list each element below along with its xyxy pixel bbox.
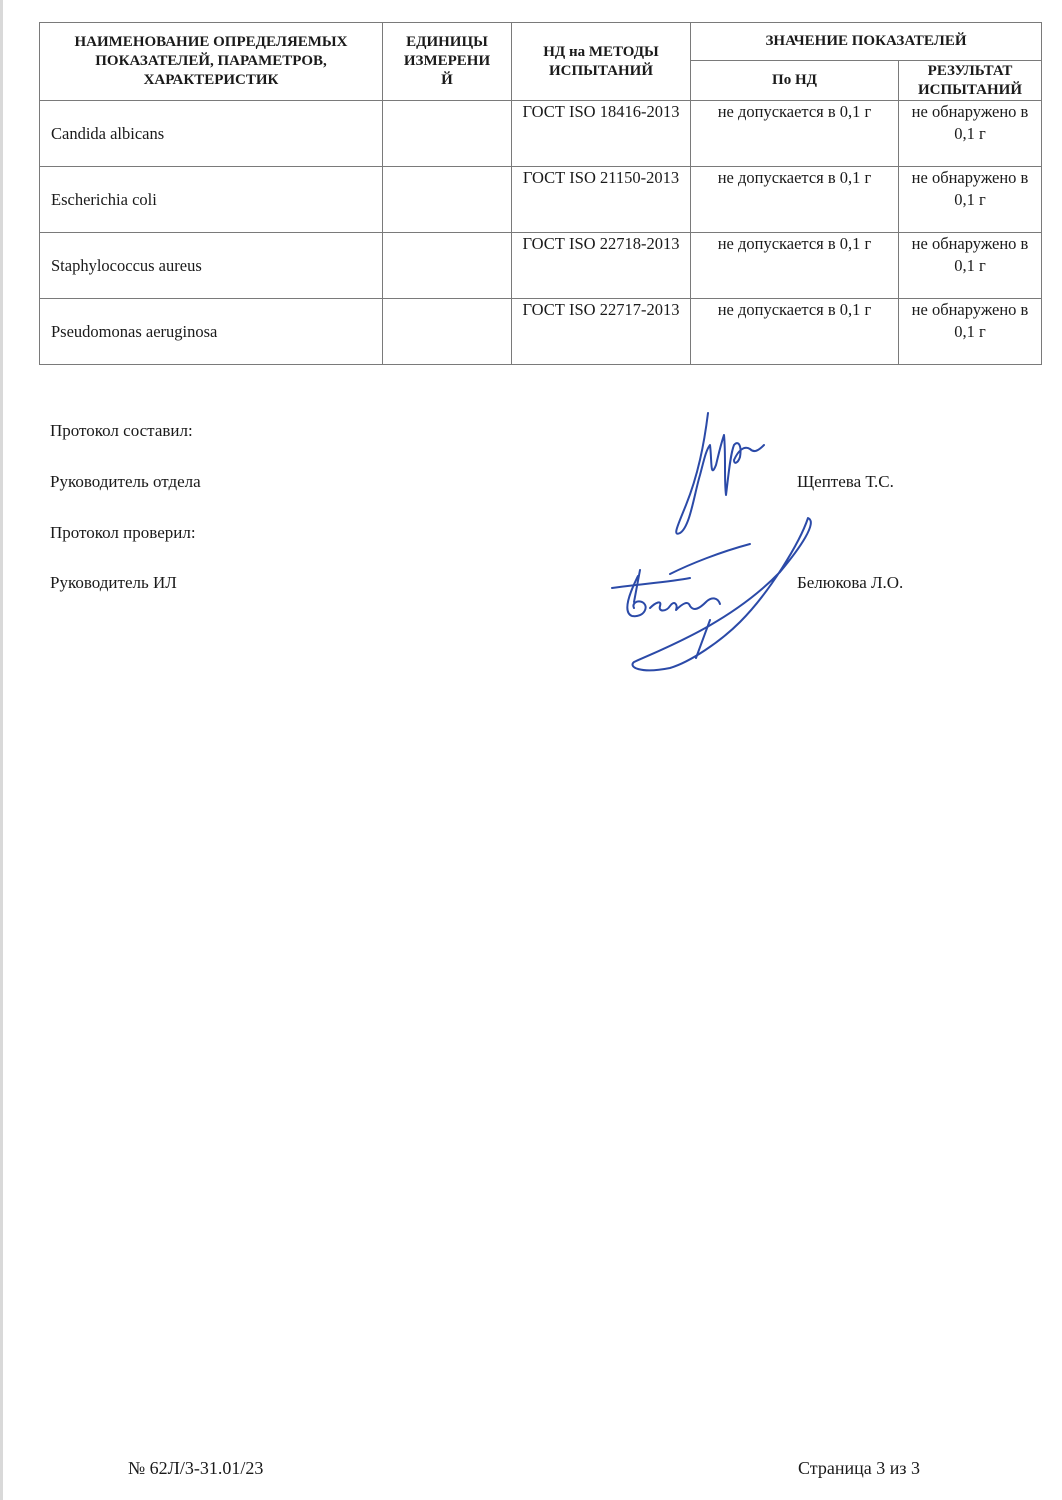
norm-cell: не допускается в 0,1 г: [691, 101, 899, 167]
method-cell: ГОСТ ISO 22717-2013: [512, 299, 691, 365]
compiled-role: Руководитель отдела: [50, 472, 201, 492]
results-table: НАИМЕНОВАНИЕ ОПРЕДЕЛЯЕМЫХ ПОКАЗАТЕЛЕЙ, П…: [39, 22, 1042, 365]
indicator-name: Candida albicans: [40, 101, 383, 167]
result-cell: не обнаружено в 0,1 г: [899, 233, 1042, 299]
result-cell: не обнаружено в 0,1 г: [899, 101, 1042, 167]
norm-cell: не допускается в 0,1 г: [691, 233, 899, 299]
result-cell: не обнаружено в 0,1 г: [899, 299, 1042, 365]
norm-cell: не допускается в 0,1 г: [691, 167, 899, 233]
header-norm: По НД: [691, 61, 899, 101]
table-row: Escherichia coliГОСТ ISO 21150-2013не до…: [40, 167, 1042, 233]
page-counter: Страница 3 из 3: [798, 1457, 920, 1479]
method-cell: ГОСТ ISO 18416-2013: [512, 101, 691, 167]
page-edge: [0, 0, 3, 1500]
header-result: РЕЗУЛЬТАТ ИСПЫТАНИЙ: [899, 61, 1042, 101]
norm-cell: не допускается в 0,1 г: [691, 299, 899, 365]
table-row: Staphylococcus aureusГОСТ ISO 22718-2013…: [40, 233, 1042, 299]
method-cell: ГОСТ ISO 21150-2013: [512, 167, 691, 233]
compiled-label: Протокол составил:: [50, 421, 193, 441]
checked-label: Протокол проверил:: [50, 523, 196, 543]
table-row: Candida albicansГОСТ ISO 18416-2013не до…: [40, 101, 1042, 167]
units-cell: [383, 233, 512, 299]
units-cell: [383, 101, 512, 167]
header-units: ЕДИНИЦЫ ИЗМЕРЕНИ Й: [383, 23, 512, 101]
table-row: Pseudomonas aeruginosaГОСТ ISO 22717-201…: [40, 299, 1042, 365]
compiled-name: Щептева Т.С.: [797, 472, 894, 492]
units-cell: [383, 299, 512, 365]
signature-checked: [610, 512, 825, 672]
header-method: НД на МЕТОДЫ ИСПЫТАНИЙ: [512, 23, 691, 101]
units-cell: [383, 167, 512, 233]
indicator-name: Staphylococcus aureus: [40, 233, 383, 299]
indicator-name: Pseudomonas aeruginosa: [40, 299, 383, 365]
document-number: № 62Л/3-31.01/23: [128, 1457, 263, 1479]
checked-role: Руководитель ИЛ: [50, 573, 177, 593]
result-cell: не обнаружено в 0,1 г: [899, 167, 1042, 233]
header-name: НАИМЕНОВАНИЕ ОПРЕДЕЛЯЕМЫХ ПОКАЗАТЕЛЕЙ, П…: [40, 23, 383, 101]
header-values-group: ЗНАЧЕНИЕ ПОКАЗАТЕЛЕЙ: [691, 23, 1042, 61]
indicator-name: Escherichia coli: [40, 167, 383, 233]
method-cell: ГОСТ ISO 22718-2013: [512, 233, 691, 299]
